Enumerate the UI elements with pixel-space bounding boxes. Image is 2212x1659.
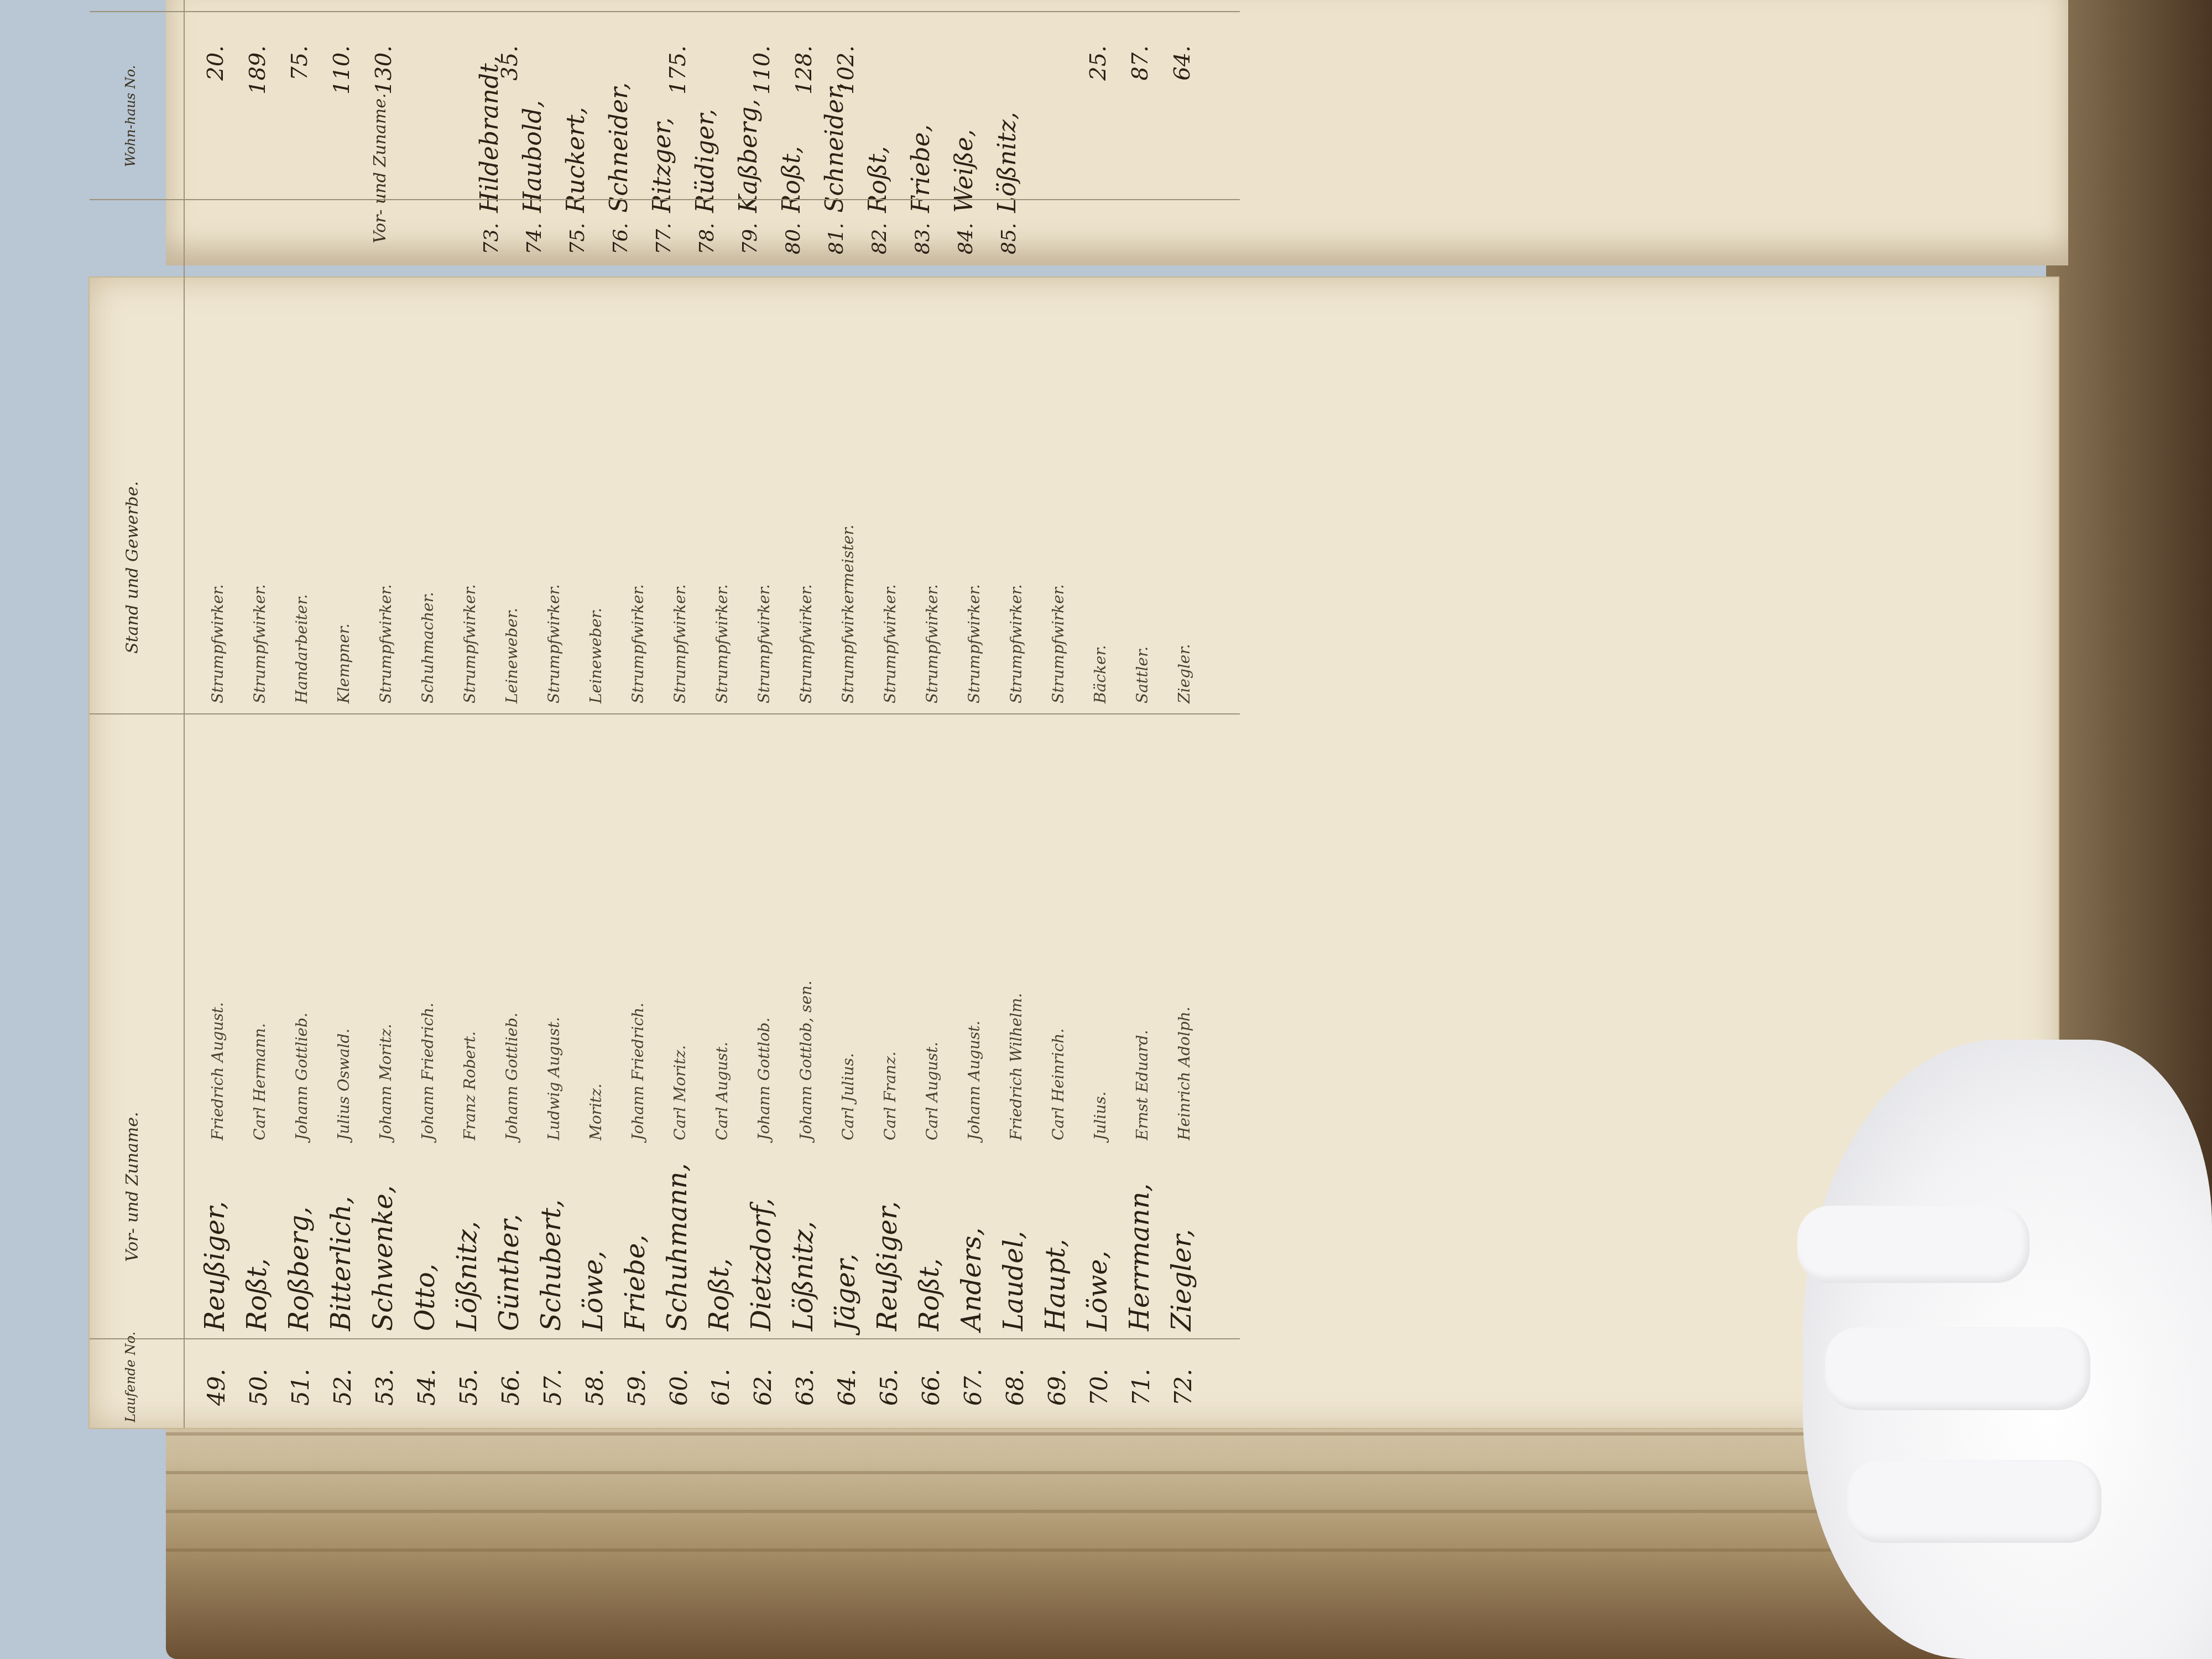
entry-surname: Ziegler, xyxy=(1166,1229,1197,1331)
entry-number: 50. xyxy=(245,1345,272,1406)
entry-surname: Bitterlich, xyxy=(326,1196,357,1331)
entry-surname: Anders, xyxy=(956,1227,987,1331)
entry-occupation: Strumpfwirkermeister. xyxy=(839,525,857,703)
entry-given-names: Johann Gottlieb. xyxy=(503,1013,521,1140)
entry-given-names: Johann Gottlieb. xyxy=(293,1013,311,1140)
entry-occupation: Strumpfwirker. xyxy=(797,584,815,703)
entry-surname: Lößnitz, xyxy=(452,1221,483,1331)
entry-house-number: 189. xyxy=(245,45,270,128)
entry-given-names: Carl August. xyxy=(923,1042,941,1140)
entry-occupation: Bäcker. xyxy=(1091,645,1109,703)
entry-number: 62. xyxy=(749,1345,776,1406)
entry-given-names: Julius Oswald. xyxy=(335,1029,353,1140)
entry-number: 61. xyxy=(707,1345,734,1406)
entry-given-names: Johann August. xyxy=(965,1020,983,1140)
entry-surname: Roßt, xyxy=(704,1258,735,1331)
entry-occupation: Klempner. xyxy=(335,623,353,703)
ledger-row: 68.Laudel,Friedrich Wilhelm.Strumpfwirke… xyxy=(996,0,1037,1428)
ledger-table: Laufende No. Vor- und Zuname. Stand und … xyxy=(90,0,1240,1428)
entry-occupation: Strumpfwirker. xyxy=(545,584,563,703)
entry-number: 71. xyxy=(1128,1345,1155,1406)
header-number: Laufende No. xyxy=(123,1332,138,1422)
ledger-row: 49.Reußiger,Friedrich August.Strumpfwirk… xyxy=(197,0,238,1428)
entry-surname: Friebe, xyxy=(620,1235,651,1331)
ledger-row: 55.Lößnitz,Franz Robert.Strumpfwirker.11… xyxy=(450,0,491,1428)
entry-given-names: Julius. xyxy=(1091,1092,1109,1140)
ledger-row: 52.Bitterlich,Julius Oswald.Klempner.110… xyxy=(324,0,364,1428)
header-occupation: Stand und Gewerbe. xyxy=(123,481,142,654)
entry-occupation: Strumpfwirker. xyxy=(713,584,731,703)
entry-surname: Dietzdorf, xyxy=(746,1198,777,1331)
entry-occupation: Strumpfwirker. xyxy=(671,584,689,703)
entry-given-names: Moritz. xyxy=(587,1083,605,1140)
entry-surname: Günther, xyxy=(494,1214,525,1331)
entry-house-number: 64. xyxy=(1170,45,1195,128)
entry-occupation: Strumpfwirker. xyxy=(755,584,773,703)
entry-surname: Löwe, xyxy=(578,1250,609,1331)
entry-number: 68. xyxy=(1001,1345,1029,1406)
entry-given-names: Carl Hermann. xyxy=(251,1023,269,1140)
entry-number: 66. xyxy=(917,1345,945,1406)
entry-occupation: Strumpfwirker. xyxy=(965,584,983,703)
entry-number: 69. xyxy=(1044,1345,1071,1406)
entry-surname: Roßt, xyxy=(242,1258,273,1331)
entry-given-names: Friedrich August. xyxy=(208,1002,227,1140)
entry-occupation: Ziegler. xyxy=(1175,644,1193,703)
entry-surname: Jäger, xyxy=(830,1254,861,1331)
entry-number: 55. xyxy=(455,1345,482,1406)
ledger-row: 54.Otto,Johann Friedrich.Schuhmacher.11/… xyxy=(408,0,448,1428)
entry-number: 53. xyxy=(371,1345,398,1406)
entry-surname: Roßt, xyxy=(914,1258,945,1331)
entry-house-number: 102. xyxy=(833,45,859,128)
entry-given-names: Carl Julius. xyxy=(839,1053,857,1140)
entry-surname: Schwenke, xyxy=(368,1185,399,1331)
entry-given-names: Johann Friedrich. xyxy=(629,1003,647,1140)
entry-surname: Herrmann, xyxy=(1124,1183,1155,1331)
header-assessment: Wohn-haus No. xyxy=(123,65,138,167)
entry-surname: Schubert, xyxy=(536,1199,567,1331)
entry-number: 51. xyxy=(287,1345,314,1406)
entry-house-number: 87. xyxy=(1128,45,1153,128)
entry-occupation: Strumpfwirker. xyxy=(377,584,395,703)
entry-given-names: Johann Gottlob, sen. xyxy=(797,980,815,1140)
entry-surname: Lößnitz, xyxy=(788,1221,819,1331)
entry-house-number: 35. xyxy=(497,45,523,128)
entry-house-number: 110. xyxy=(749,45,775,128)
entry-number: 59. xyxy=(623,1345,650,1406)
entry-occupation: Strumpfwirker. xyxy=(208,584,227,703)
ledger-row: 50.Roßt,Carl Hermann.Strumpfwirker.189.2… xyxy=(239,0,280,1428)
ledger-row: 56.Günther,Johann Gottlieb.Leineweber.35… xyxy=(492,0,533,1428)
ledger-row: 69.Haupt,Carl Heinrich.Strumpfwirker.30/… xyxy=(1038,0,1079,1428)
entry-house-number: 25. xyxy=(1086,45,1111,128)
ledger-row: 51.Roßberg,Johann Gottlieb.Handarbeiter.… xyxy=(281,0,322,1428)
ledger-row: 65.Reußiger,Carl Franz.Strumpfwirker.2/1… xyxy=(870,0,911,1428)
entry-house-number: 130. xyxy=(371,45,397,128)
ledger-row: 64.Jäger,Carl Julius.Strumpfwirkermeiste… xyxy=(828,0,869,1428)
entry-occupation: Strumpfwirker. xyxy=(881,584,899,703)
entry-number: 65. xyxy=(875,1345,902,1406)
entry-number: 64. xyxy=(833,1345,860,1406)
left-page: Laufende No. Vor- und Zuname. Stand und … xyxy=(88,276,2059,1429)
entry-number: 72. xyxy=(1170,1345,1197,1406)
ledger-row: 57.Schubert,Ludwig August.Strumpfwirker.… xyxy=(534,0,575,1428)
entry-occupation: Schuhmacher. xyxy=(419,592,437,703)
entry-number: 67. xyxy=(959,1345,987,1406)
entry-house-number: 128. xyxy=(791,45,817,128)
entry-number: 52. xyxy=(329,1345,356,1406)
gloved-hand xyxy=(1803,1040,2212,1659)
entry-number: 56. xyxy=(497,1345,524,1406)
entry-occupation: Leineweber. xyxy=(587,608,605,703)
entry-surname: Otto, xyxy=(410,1264,441,1331)
entry-given-names: Johann Moritz. xyxy=(377,1024,395,1140)
ledger-row: 72.Ziegler,Heinrich Adolph.Ziegler.64.20… xyxy=(1164,0,1205,1428)
entry-occupation: Leineweber. xyxy=(503,608,521,703)
entry-surname: Reußiger, xyxy=(872,1201,903,1331)
entry-occupation: Strumpfwirker. xyxy=(923,584,941,703)
ledger-row: 70.Löwe,Julius.Bäcker.25.5/3/1853. xyxy=(1080,0,1121,1428)
ledger-row: 66.Roßt,Carl August.Strumpfwirker.4/12/1… xyxy=(912,0,953,1428)
entry-given-names: Friedrich Wilhelm. xyxy=(1007,993,1025,1140)
entry-surname: Laudel, xyxy=(998,1231,1029,1331)
entry-occupation: Strumpfwirker. xyxy=(461,584,479,703)
entry-occupation: Sattler. xyxy=(1133,646,1151,703)
ledger-row: 67.Anders,Johann August.Strumpfwirker.4/… xyxy=(954,0,995,1428)
ledger-photo: Vor- und Zuname. 73.Hildebrandt,74.Haubo… xyxy=(0,0,2212,1659)
entry-given-names: Carl Moritz. xyxy=(671,1045,689,1140)
entry-number: 54. xyxy=(413,1345,440,1406)
entry-occupation: Strumpfwirker. xyxy=(251,584,269,703)
entry-occupation: Strumpfwirker. xyxy=(1049,584,1067,703)
entry-surname: Roßberg, xyxy=(284,1207,315,1331)
entry-number: 49. xyxy=(203,1345,230,1406)
header-name: Vor- und Zuname. xyxy=(123,1112,142,1262)
entry-number: 60. xyxy=(665,1345,692,1406)
entry-surname: Löwe, xyxy=(1082,1250,1113,1331)
ledger-row: 63.Lößnitz,Johann Gottlob, sen.Strumpfwi… xyxy=(786,0,827,1428)
entry-number: 57. xyxy=(539,1345,566,1406)
entry-given-names: Franz Robert. xyxy=(461,1031,479,1140)
entry-number: 63. xyxy=(791,1345,818,1406)
entry-given-names: Carl August. xyxy=(713,1042,731,1140)
entry-surname: Schuhmann, xyxy=(662,1163,693,1331)
ledger-row: 60.Schuhmann,Carl Moritz.Strumpfwirker.1… xyxy=(660,0,701,1428)
entry-occupation: Handarbeiter. xyxy=(293,594,311,703)
ledger-row: 71.Herrmann,Ernst Eduard.Sattler.87.18/5… xyxy=(1122,0,1163,1428)
entry-house-number: 110. xyxy=(329,45,354,128)
entry-given-names: Johann Friedrich. xyxy=(419,1003,437,1140)
entry-number: 70. xyxy=(1086,1345,1113,1406)
entry-house-number: 175. xyxy=(665,45,691,128)
ledger-row: 53.Schwenke,Johann Moritz.Strumpfwirker.… xyxy=(366,0,406,1428)
entry-surname: Reußiger, xyxy=(200,1201,231,1331)
entry-occupation: Strumpfwirker. xyxy=(629,584,647,703)
ledger-row: 62.Dietzdorf,Johann Gottlob.Strumpfwirke… xyxy=(744,0,785,1428)
entry-given-names: Heinrich Adolph. xyxy=(1175,1006,1193,1140)
entry-surname: Haupt, xyxy=(1040,1239,1071,1331)
ledger-row: 59.Friebe,Johann Friedrich.Strumpfwirker… xyxy=(618,0,659,1428)
entry-house-number: 75. xyxy=(287,45,312,128)
ledger-row: 61.Roßt,Carl August.Strumpfwirker.2/6/18… xyxy=(702,0,743,1428)
entry-house-number: 20. xyxy=(203,45,228,128)
entry-given-names: Ludwig August. xyxy=(545,1017,563,1140)
entry-given-names: Ernst Eduard. xyxy=(1133,1030,1151,1140)
entry-given-names: Johann Gottlob. xyxy=(755,1018,773,1140)
entry-number: 58. xyxy=(581,1345,608,1406)
ledger-rotated-frame: Laufende No. Vor- und Zuname. Stand und … xyxy=(90,278,2058,1428)
ledger-row: 58.Löwe,Moritz.Leineweber.2/6/1862. xyxy=(576,0,617,1428)
entry-given-names: Carl Franz. xyxy=(881,1051,899,1140)
entry-given-names: Carl Heinrich. xyxy=(1049,1029,1067,1140)
entry-occupation: Strumpfwirker. xyxy=(1007,584,1025,703)
